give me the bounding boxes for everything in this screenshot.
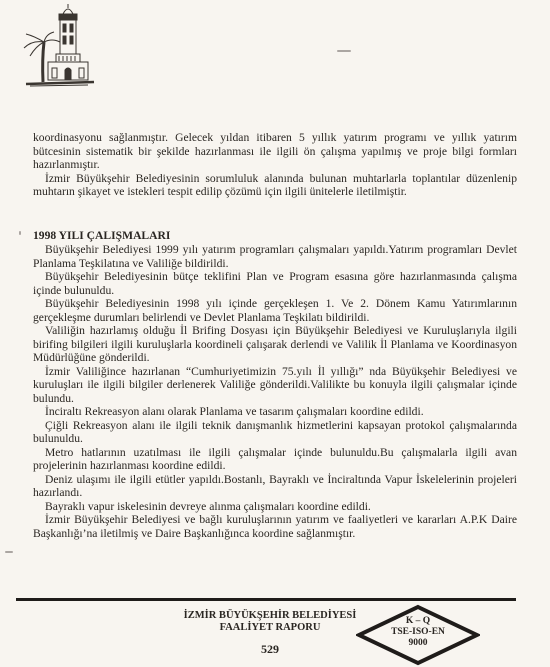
paragraph: Çiğli Rekreasyon alanı ile ilgili teknik…: [33, 419, 517, 446]
page-number: 529: [240, 642, 300, 657]
paragraph: Büyükşehir Belediyesi 1999 yılı yatırım …: [33, 243, 517, 270]
badge-line2: TSE-ISO-EN: [380, 627, 456, 638]
badge-line1: K – Q: [380, 616, 456, 627]
paragraph: Büyükşehir Belediyesinin bütçe teklifini…: [33, 270, 517, 297]
footer-org-title: İZMİR BÜYÜKŞEHİR BELEDİYESİ FAALİYET RAP…: [150, 610, 390, 634]
paragraph: Bayraklı vapur iskelesinin devreye alınm…: [33, 500, 517, 514]
footer-org-line1: İZMİR BÜYÜKŞEHİR BELEDİYESİ: [150, 610, 390, 622]
footer-org-line2: FAALİYET RAPORU: [150, 622, 390, 634]
paragraph: Metro hatlarının uzatılması ile ilgili ç…: [33, 446, 517, 473]
scan-speck: [337, 50, 351, 52]
paragraph: Büyükşehir Belediyesinin 1998 yılı içind…: [33, 297, 517, 324]
section-heading: 1998 YILI ÇALIŞMALARI: [33, 229, 517, 243]
paragraph: İzmir Büyükşehir Belediyesinin sorumlulu…: [33, 172, 517, 199]
izmir-clock-tower-icon: [22, 4, 98, 88]
paragraph: Deniz ulaşımı ile ilgili etütler yapıldı…: [33, 473, 517, 500]
badge-line3: 9000: [380, 638, 456, 649]
document-body: koordinasyonu sağlanmıştır. Gelecek yıld…: [33, 131, 517, 540]
footer-divider: [16, 598, 516, 601]
certification-badge-text: K – Q TSE-ISO-EN 9000: [380, 616, 456, 649]
scan-speck: [5, 551, 13, 553]
paragraph: İnciraltı Rekreasyon alanı olarak Planla…: [33, 405, 517, 419]
paragraph: Valiliğin hazırlamış olduğu İl Brifing D…: [33, 324, 517, 365]
paragraph: İzmir Büyükşehir Belediyesi ve bağlı kur…: [33, 513, 517, 540]
paragraph: İzmir Valiliğince hazırlanan “Cumhuriyet…: [33, 365, 517, 406]
scan-speck: [19, 231, 21, 235]
paragraph: koordinasyonu sağlanmıştır. Gelecek yıld…: [33, 131, 517, 172]
